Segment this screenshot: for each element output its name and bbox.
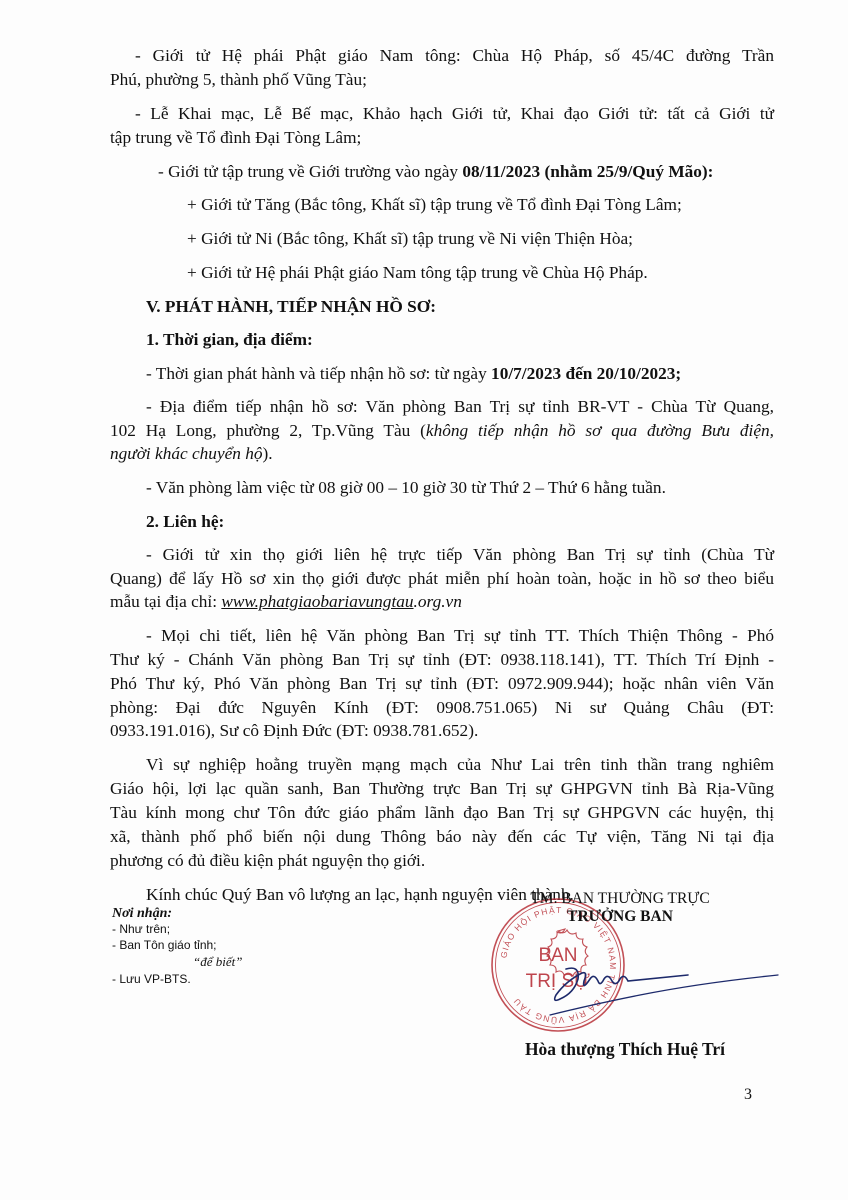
document-page: - Giới tử Hệ phái Phật giáo Nam tông: Ch…	[0, 0, 848, 1200]
recipient-item: - Như trên;	[112, 922, 170, 937]
closing-line5: phương có đủ điều kiện phát nguyện thọ g…	[110, 851, 425, 871]
closing-line3: Tàu kính mong chư Tôn đức giáo phẩm lãnh…	[110, 803, 774, 823]
gathering-date: 08/11/2023 (nhằm 25/9/Quý Mão):	[462, 162, 713, 181]
contact2-line5: 0933.191.016), Sư cô Định Đức (ĐT: 0938.…	[110, 721, 478, 741]
contact2-line2: Thư ký - Chánh Văn phòng Ban Trị sự tỉnh…	[110, 650, 774, 670]
website-prefix: mẫu tại địa chỉ:	[110, 592, 221, 611]
location-address: 102 Hạ Long, phường 2, Tp.Vũng Tàu (	[110, 421, 426, 440]
gathering-prefix: - Giới tử tập trung về Giới trường vào n…	[158, 162, 462, 181]
location-note: không tiếp nhận hồ sơ qua đường Bưu điện…	[426, 421, 774, 440]
recipient-note: “để biết”	[193, 954, 242, 969]
recipients-title: Nơi nhận:	[112, 904, 172, 924]
signature-title: TM. BAN THƯỜNG TRỰC	[500, 890, 740, 908]
issue-period-dates: 10/7/2023 đến 20/10/2023;	[491, 364, 681, 383]
paragraph-opening-line1: - Lễ Khai mạc, Lễ Bế mạc, Khảo hạch Giới…	[110, 104, 774, 124]
website-link[interactable]: www.phatgiaobariavungtau	[221, 592, 413, 611]
signature-position: TRƯỞNG BAN	[500, 908, 740, 926]
sub-item-tang: + Giới tử Tăng (Bắc tông, Khất sĩ) tập t…	[187, 195, 682, 215]
page-number: 3	[744, 1086, 752, 1104]
sub-item-ni: + Giới tử Ni (Bắc tông, Khất sĩ) tập tru…	[187, 229, 633, 249]
paragraph-gathering-date: - Giới tử tập trung về Giới trường vào n…	[158, 162, 713, 182]
location-note-end: ).	[263, 444, 273, 463]
handwritten-signature-icon	[540, 955, 780, 1035]
paragraph-nam-tong-line1: - Giới tử Hệ phái Phật giáo Nam tông: Ch…	[110, 46, 774, 66]
section-heading-v: V. PHÁT HÀNH, TIẾP NHẬN HỒ SƠ:	[146, 297, 436, 317]
contact2-line3: Phó Thư ký, Phó Văn phòng Ban Trị sự tỉn…	[110, 674, 774, 694]
closing-line1: Vì sự nghiệp hoằng truyền mạng mạch của …	[110, 755, 774, 775]
location-line2: 102 Hạ Long, phường 2, Tp.Vũng Tàu (khôn…	[110, 421, 774, 441]
closing-line4: xã, thành phố phổ biến nội dung Thông bá…	[110, 827, 774, 847]
subsection-heading-contact: 2. Liên hệ:	[146, 512, 224, 532]
paragraph-nam-tong-line2: Phú, phường 5, thành phố Vũng Tàu;	[110, 70, 367, 90]
location-note-cont: người khác chuyển hộ	[110, 444, 263, 463]
location-line3: người khác chuyển hộ).	[110, 444, 273, 464]
contact1-line3: mẫu tại địa chỉ: www.phatgiaobariavungta…	[110, 592, 462, 612]
sub-item-nam-tong: + Giới tử Hệ phái Phật giáo Nam tông tập…	[187, 263, 648, 283]
closing-line2: Giáo hội, lợi lạc quần sanh, Ban Thường …	[110, 779, 774, 799]
recipient-item: - Ban Tôn giáo tỉnh;	[112, 938, 217, 953]
contact2-line4: phòng: Đại đức Nguyên Kính (ĐT: 0908.751…	[110, 698, 774, 718]
subsection-heading-time-location: 1. Thời gian, địa điểm:	[146, 330, 313, 350]
contact1-line1: - Giới tử xin thọ giới liên hệ trực tiếp…	[110, 545, 774, 565]
contact1-line2: Quang) để lấy Hồ sơ xin thọ giới được ph…	[110, 569, 774, 589]
issue-period-prefix: - Thời gian phát hành và tiếp nhận hồ sơ…	[146, 364, 491, 383]
location-line1: - Địa điểm tiếp nhận hồ sơ: Văn phòng Ba…	[110, 397, 774, 417]
contact2-line1: - Mọi chi tiết, liên hệ Văn phòng Ban Tr…	[110, 626, 774, 646]
signatory-name: Hòa thượng Thích Huệ Trí	[490, 1039, 760, 1060]
recipient-item: - Lưu VP-BTS.	[112, 972, 191, 987]
paragraph-opening-line2: tập trung về Tổ đình Đại Tòng Lâm;	[110, 128, 361, 148]
issue-period: - Thời gian phát hành và tiếp nhận hồ sơ…	[146, 364, 681, 384]
website-link-domain[interactable]: .org.vn	[414, 592, 462, 611]
office-hours: - Văn phòng làm việc từ 08 giờ 00 – 10 g…	[146, 478, 666, 498]
